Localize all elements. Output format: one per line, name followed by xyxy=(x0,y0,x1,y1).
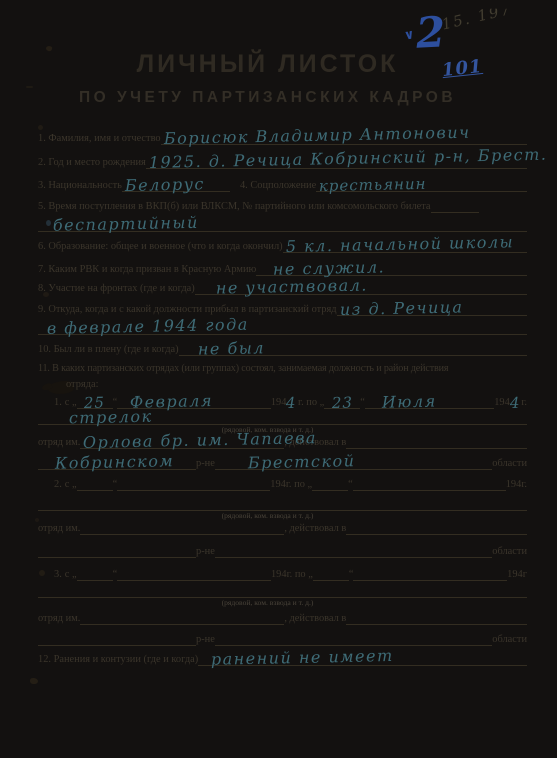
form-content: ЛИЧНЫЙ ЛИСТОК ПО УЧЕТУ ПАРТИЗАНСКИХ КАДР… xyxy=(8,6,549,666)
oblast-underline xyxy=(215,557,492,558)
unit-underline xyxy=(80,624,284,625)
handwritten-unit: Орлова бр. им. Чапаева xyxy=(83,432,317,449)
service-entry-2-district: р-не области xyxy=(38,543,527,558)
field-arrival: 9. Откуда, когда и с какой должности при… xyxy=(38,301,527,316)
printed-text: 194 xyxy=(507,569,523,581)
form-subtitle: ПО УЧЕТУ ПАРТИЗАНСКИХ КАДРОВ xyxy=(38,90,497,106)
field-label: отряда: xyxy=(38,379,99,391)
month-underline xyxy=(117,580,271,581)
handwritten-value: Белорус xyxy=(125,178,205,192)
area-underline xyxy=(346,624,527,625)
handwritten-value: 1925. д. Речица Кобринский р-н, Брест. о… xyxy=(149,147,557,168)
handwritten-oblast: Брестской xyxy=(218,455,356,470)
printed-text: области xyxy=(492,546,527,558)
printed-text: отряд им. xyxy=(38,523,80,535)
field-label: 2. Год и место рождения xyxy=(38,157,146,169)
field-underline: 5 кл. начальной школы xyxy=(283,240,527,253)
district-underline xyxy=(38,557,196,558)
field-underline: беспартийный xyxy=(38,219,527,232)
scanned-document-page: { "colors": { "paper": "#cfc5a8", "ink_b… xyxy=(0,0,557,758)
printed-text: 194 xyxy=(506,479,522,491)
handwritten-year-digit: 4 xyxy=(286,396,297,408)
printed-text: отряд им. xyxy=(38,613,80,625)
district-underline xyxy=(38,645,196,646)
printed-text: р-не xyxy=(196,634,215,646)
rank-note: (рядовой, ком. взвода и т. д.) xyxy=(38,598,497,607)
printed-text: отряд им. xyxy=(38,437,80,449)
handwritten-year-digit: 4 xyxy=(510,396,521,408)
printed-text: с „ xyxy=(62,397,77,409)
printed-text: г. по „ xyxy=(298,397,324,409)
month-underline xyxy=(353,580,507,581)
day-underline xyxy=(312,490,348,491)
field-underline: Борисюк Владимир Антонович xyxy=(161,132,527,145)
service-entry-1-unit: отряд им. Орлова бр. им. Чапаева , дейст… xyxy=(38,434,527,449)
field-underline: крестьянин xyxy=(316,179,527,192)
service-entry-2-position xyxy=(38,501,527,511)
field-label: 10. Был ли в плену (где и когда) xyxy=(38,344,179,356)
entry-index: 3. xyxy=(54,569,62,581)
field-label: 11. В каких партизанских отрядах (или гр… xyxy=(38,363,448,375)
printed-text: 194 xyxy=(271,569,287,581)
field-full-name: 1. Фамилия, имя и отчество Борисюк Влади… xyxy=(38,130,527,145)
printed-text: г. xyxy=(521,479,527,491)
field-units-header: 11. В каких партизанских отрядах (или гр… xyxy=(38,360,527,375)
handwritten-value: ранений не имеет xyxy=(201,649,394,665)
service-entry-3-unit: отряд им. , действовал в xyxy=(38,610,527,625)
handwritten-value: Борисюк Владимир Антонович xyxy=(163,126,470,144)
field-underline: в феврале 1944 года xyxy=(38,322,527,335)
printed-text: области xyxy=(492,634,527,646)
service-entry-2-unit: отряд им. , действовал в xyxy=(38,520,527,535)
field-underline: Белорус xyxy=(122,179,230,192)
field-front-participation: 8. Участие на фронтах (где и когда) не у… xyxy=(38,280,527,295)
field-army-draft: 7. Каким РВК и когда призван в Красную А… xyxy=(38,261,527,276)
service-entry-3-district: р-не области xyxy=(38,631,527,646)
field-label: 8. Участие на фронтах (где и когда) xyxy=(38,283,195,295)
field-label: 4. Соцположение xyxy=(230,180,316,192)
handwritten-day: 23 xyxy=(331,396,352,408)
field-wounds: 12. Ранения и контузии (где и когда) ран… xyxy=(38,648,527,666)
district-underline: Кобринском xyxy=(38,457,196,470)
oblast-underline xyxy=(215,645,492,646)
oblast-underline: Брестской xyxy=(215,457,492,470)
document-paper: ∨ 2 15. 197 101 ЛИЧНЫЙ ЛИСТОК ПО УЧЕТУ П… xyxy=(8,6,549,750)
entry-index: 1. xyxy=(54,397,62,409)
field-underline xyxy=(431,212,479,213)
service-entry-2-dates: 2. с „ “ 194 г. по „ “ 194 г. xyxy=(38,476,527,491)
field-party-membership-value: беспартийный xyxy=(38,217,527,232)
printed-text: области xyxy=(492,458,527,470)
field-captivity: 10. Был ли в плену (где и когда) не был xyxy=(38,341,527,356)
printed-text: 194 xyxy=(270,479,286,491)
printed-text: г. по „ xyxy=(286,479,312,491)
day-underline xyxy=(77,490,113,491)
field-underline: не участвовал. xyxy=(195,282,527,295)
field-underline: ранений не имеет xyxy=(198,653,527,666)
service-entry-3-dates: 3. с „ “ 194 г. по „ “ 194 г xyxy=(38,566,527,581)
field-label: 7. Каким РВК и когда призван в Красную А… xyxy=(38,264,256,276)
field-underline: из д. Речица xyxy=(337,303,527,316)
printed-text: г. xyxy=(521,397,527,409)
month-underline: Июля xyxy=(365,396,494,409)
printed-text: с „ xyxy=(62,479,77,491)
field-label: 6. Образование: общее и военное (что и к… xyxy=(38,241,283,253)
printed-text: , действовал в xyxy=(284,613,346,625)
handwritten-value: не участвовал. xyxy=(197,279,367,295)
printed-text: г. по „ xyxy=(287,569,313,581)
service-entry-1-dates: 1. с „ 25 “ Февраля 1944 г. по „ 23 “ Ию… xyxy=(38,394,527,409)
field-arrival-value2: в феврале 1944 года xyxy=(38,320,527,335)
printed-text: р-не xyxy=(196,546,215,558)
field-party-membership: 5. Время поступления в ВКП(б) или ВЛКСМ,… xyxy=(38,198,527,213)
month-underline xyxy=(117,490,270,491)
printed-text: , действовал в xyxy=(284,523,346,535)
day-underline: 23 xyxy=(324,396,360,409)
field-birth: 2. Год и место рождения 1925. д. Речица … xyxy=(38,154,527,169)
day-underline xyxy=(313,580,349,581)
unit-underline xyxy=(80,534,284,535)
field-label: 9. Откуда, когда и с какой должности при… xyxy=(38,304,337,316)
handwritten-district: Кобринском xyxy=(41,455,175,470)
printed-text: 194 xyxy=(494,397,510,409)
service-entry-3-position xyxy=(38,588,527,598)
area-underline xyxy=(346,448,527,449)
printed-text: с „ xyxy=(62,569,77,581)
field-label: 1. Фамилия, имя и отчество xyxy=(38,133,161,145)
rank-note: (рядовой, ком. взвода и т. д.) xyxy=(38,511,497,520)
handwritten-position: стрелок xyxy=(41,410,153,424)
field-label: 3. Национальность xyxy=(38,180,122,192)
printed-text: р-не xyxy=(196,458,215,470)
handwritten-value: не служил. xyxy=(259,261,386,276)
handwritten-value: 5 кл. начальной школы xyxy=(285,236,513,253)
field-nationality-social: 3. Национальность Белорус 4. Соцположени… xyxy=(38,177,527,192)
entry-index: 2. xyxy=(54,479,62,491)
field-label: 5. Время поступления в ВКП(б) или ВЛКСМ,… xyxy=(38,201,431,213)
field-underline: не служил. xyxy=(256,263,527,276)
field-underline: 1925. д. Речица Кобринский р-н, Брест. о… xyxy=(146,156,527,169)
handwritten-value: крестьянин xyxy=(319,177,427,191)
month-underline xyxy=(353,490,506,491)
service-entry-1-district: Кобринском р-не Брестской области xyxy=(38,455,527,470)
service-entry-1-position: стрелок xyxy=(38,410,527,425)
day-underline xyxy=(77,580,113,581)
paper-stain xyxy=(30,678,38,684)
printed-text: г xyxy=(523,569,527,581)
field-education: 6. Образование: общее и военное (что и к… xyxy=(38,238,527,253)
position-underline: стрелок xyxy=(38,412,527,425)
handwritten-month: Июля xyxy=(368,395,437,408)
field-units-header2: отряда: xyxy=(38,378,527,391)
unit-underline: Орлова бр. им. Чапаева xyxy=(80,436,284,449)
handwritten-value: из д. Речица xyxy=(339,301,463,316)
handwritten-value: беспартийный xyxy=(41,216,199,231)
form-title: ЛИЧНЫЙ ЛИСТОК xyxy=(38,52,497,77)
handwritten-value: не был xyxy=(181,342,264,356)
area-underline xyxy=(346,534,527,535)
day-underline: 25 xyxy=(77,396,113,409)
handwritten-value: в феврале 1944 года xyxy=(41,318,249,334)
field-label: 12. Ранения и контузии (где и когда) xyxy=(38,654,198,666)
field-underline: не был xyxy=(179,343,527,356)
handwritten-day: 25 xyxy=(84,396,105,408)
printed-text: 194 xyxy=(271,397,287,409)
